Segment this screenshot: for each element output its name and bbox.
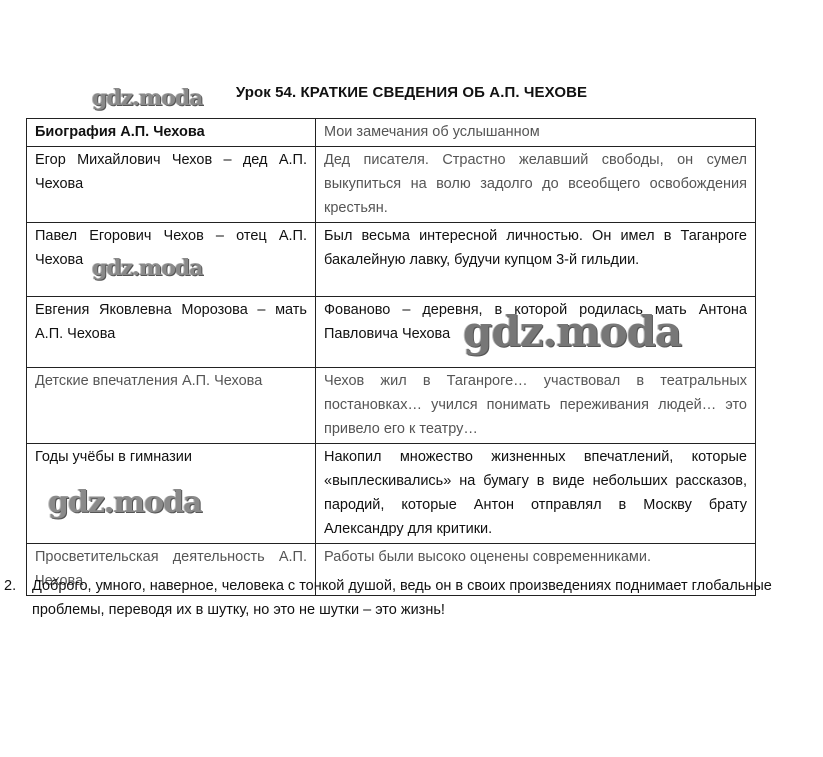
- table-row: Павел Егорович Чехов – отец А.П. Чехова …: [27, 223, 756, 297]
- table-row: Детские впечатления А.П. Чехова Чехов жи…: [27, 368, 756, 444]
- remark-cell: Чехов жил в Таганроге… участвовал в теат…: [316, 368, 756, 444]
- remark-cell: Был весьма интересной личностью. Он имел…: [316, 223, 756, 297]
- biography-cell: Детские впечатления А.П. Чехова: [27, 368, 316, 444]
- watermark-logo: gdz.moda: [48, 485, 202, 520]
- table-header-row: Биография А.П. Чехова Мои замечания об у…: [27, 119, 756, 147]
- biography-cell: Павел Егорович Чехов – отец А.П. Чехова: [27, 223, 316, 297]
- biography-cell: Евгения Яковлевна Морозова – мать А.П. Ч…: [27, 297, 316, 368]
- table-row: Егор Михайлович Чехов – дед А.П. Чехова …: [27, 147, 756, 223]
- header-biography: Биография А.П. Чехова: [27, 119, 316, 147]
- biography-table: Биография А.П. Чехова Мои замечания об у…: [26, 118, 756, 596]
- remark-cell: Дед писателя. Страстно желавший свободы,…: [316, 147, 756, 223]
- answer-text: Доброго, умного, наверное, человека с то…: [32, 574, 819, 622]
- answer-number: 2.: [4, 574, 32, 598]
- remark-cell: Накопил множество жизненных впечатлений,…: [316, 444, 756, 544]
- biography-cell: Егор Михайлович Чехов – дед А.П. Чехова: [27, 147, 316, 223]
- answer-block: 2. Доброго, умного, наверное, человека с…: [4, 574, 819, 622]
- header-remarks: Мои замечания об услышанном: [316, 119, 756, 147]
- watermark-logo: gdz.moda: [463, 307, 681, 356]
- watermark-logo: gdz.moda: [92, 85, 203, 111]
